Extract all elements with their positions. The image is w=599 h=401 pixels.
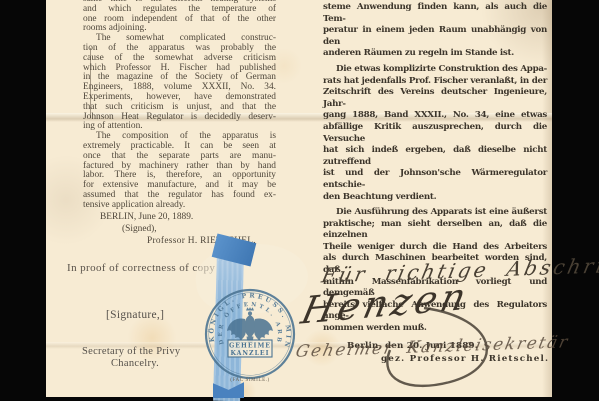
text-line: praktische; man sieht derselben an, daß … — [323, 219, 547, 242]
english-column: same time to the different heating syste… — [83, 0, 276, 247]
text-line: (Signed), — [83, 225, 276, 235]
text-line: steme Anwendung finden kann, als auch di… — [323, 2, 547, 25]
text-line: Zeitschrift des Vereins deutscher Ingeni… — [323, 87, 547, 110]
text-line: ist und der Johnson'sche Wärmeregulator … — [323, 168, 547, 191]
seal-box-line2: KANZLEI — [230, 350, 269, 357]
seal-box-line1: GEHEIME — [229, 343, 271, 350]
text-line: tensive application already. — [83, 201, 276, 211]
secretary-title-line2: Chancelry. — [82, 358, 180, 370]
text-line: gang 1888, Band XXXII., No. 34, eine etw… — [323, 110, 547, 122]
text-line: peratur in einem jeden Raum unabhängig v… — [323, 25, 547, 48]
document-page: same time to the different heating syste… — [46, 0, 552, 397]
ministry-seal-stamp: KÖNIGL. PREUSS. MINISTERIUM DER ÖFFENTL.… — [195, 279, 310, 401]
text-line: hat sich indeß ergeben, daß dieselbe nic… — [323, 145, 547, 168]
text-line: Die etwas komplizirte Construktion des A… — [323, 64, 547, 76]
facsimile-caption: (FAC SIMILE.) — [230, 376, 270, 383]
secretary-title-line1: Secretary of the Privy — [82, 346, 180, 358]
text-line: anderen Räumen zu regeln im Stande ist. — [323, 48, 547, 60]
text-line: Die Ausführung des Apparats ist eine äuß… — [323, 207, 547, 219]
text-line: BERLIN, June 20, 1889. — [83, 213, 276, 223]
text-line: den Beachtung verdient. — [323, 192, 547, 204]
text-line: rats hat jedenfalls Prof. Fischer veranl… — [323, 76, 547, 88]
proof-of-copy-line: In proof of correctness of copy — [67, 262, 215, 274]
text-line: abfällige Kritik auszusprechen, durch di… — [323, 122, 547, 145]
signature-placeholder: [Signature,] — [106, 309, 164, 321]
text-line: Theile weniger durch die Hand des Arbeit… — [323, 242, 547, 254]
photographed-document: { "page": { "background_color": "#060606… — [0, 0, 599, 401]
secretary-title: Secretary of the Privy Chancelry. — [82, 346, 180, 369]
